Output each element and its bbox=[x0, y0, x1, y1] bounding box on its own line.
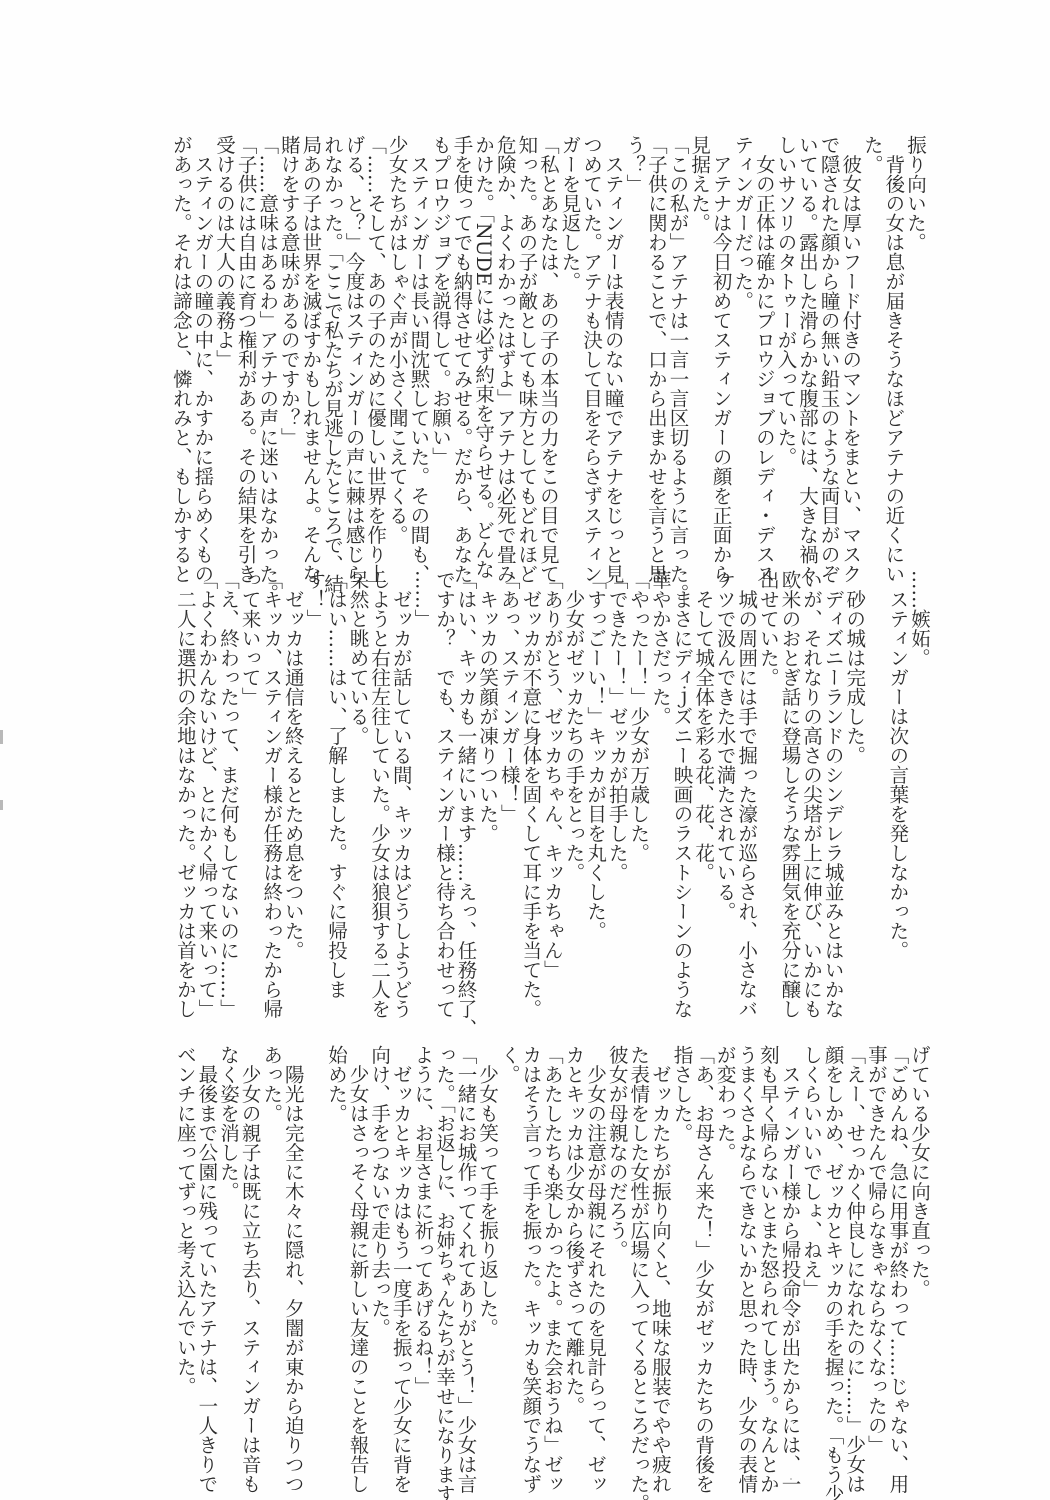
scanned-novel-page: 振り向いた。 背後の女は息が届きそうなほどアテナの近くにいた。 彼女は厚いフード… bbox=[0, 0, 1050, 1500]
scan-speck bbox=[790, 1478, 792, 1480]
text-column: いが、それなりの高さの尖塔が上に伸び、いかにも bbox=[800, 570, 822, 970]
text-column: げている少女に向き直った。 bbox=[908, 1045, 930, 1445]
text-column: 少女の親子は既に立ち去り、スティンガーは音も bbox=[239, 1045, 261, 1445]
text-column: 「やったー！」少女が万歳した。 bbox=[628, 570, 650, 970]
text-column: ゼッカは通信を終えるとため息をついた。 bbox=[282, 570, 304, 970]
text-column: が変わった。 bbox=[714, 1045, 736, 1445]
text-column: カとキッカは少女から後ずさって離れた。 bbox=[563, 1045, 585, 1445]
text-column: 「すっごーい！」キッカが目を丸くした。 bbox=[585, 570, 607, 970]
text-column: 局あの子は世界を滅ぼすかもしれませんよ。そんな bbox=[300, 135, 322, 535]
text-column: 背後の女は息が届きそうなほどアテナの近くにい bbox=[883, 135, 905, 535]
text-column: 「……意味はあるわ」アテナの声に迷いはなかった。 bbox=[257, 135, 279, 535]
text-column bbox=[865, 570, 887, 970]
text-column: 見据えた。 bbox=[688, 135, 710, 535]
text-column: 「ごめんね、急に用事が終わって……じゃない、用 bbox=[887, 1045, 909, 1445]
text-column: 彼女が母親なのだろう。 bbox=[606, 1045, 628, 1445]
text-column: 「あ、お母さん来た！」少女がゼッカたちの背後を bbox=[692, 1045, 714, 1445]
text-column: た表情をした女性が広場に入ってくるところだった。 bbox=[628, 1045, 650, 1445]
text-column: ……嫉妬。 bbox=[908, 570, 930, 970]
text-column: う？」 bbox=[624, 135, 646, 535]
text-column: 二人に選択の余地はなかった。ゼッカは首をかし bbox=[174, 570, 196, 970]
text-column: 危険か、よくわかったはずよ」アテナは必死で畳み bbox=[494, 135, 516, 535]
text-column: しようと右往左往していた。少女は狼狽する二人を bbox=[369, 570, 391, 970]
text-column: 華やかさだった。 bbox=[649, 570, 671, 970]
text-column: があった。それは諦念と、憐れみと、もしかすると bbox=[170, 135, 192, 535]
text-column: 「えー、せっかく仲良しになれたのに……」少女は bbox=[844, 1045, 866, 1445]
text-column: あった。 bbox=[261, 1045, 283, 1445]
text-column: 砂の城は完成した。 bbox=[844, 570, 866, 970]
text-column: 知った。あの子が敵としても味方としてもどれほど bbox=[516, 135, 538, 535]
text-column: 呆然と眺めている。 bbox=[347, 570, 369, 970]
text-column: スティンガーは次の言葉を発しなかった。 bbox=[887, 570, 909, 970]
text-column: 少女はさっそく母親に新しい友達のことを報告し bbox=[347, 1045, 369, 1445]
text-block-middle: ……嫉妬。 スティンガーは次の言葉を発しなかった。 砂の城は完成した。 ディズニ… bbox=[174, 570, 930, 970]
text-column: まさにディｊズニー映画のラストシーンのような bbox=[671, 570, 693, 970]
text-column: 「キッカ、スティンガー様が任務は終わったから帰 bbox=[261, 570, 283, 970]
text-column: 事ができたんで帰らなきゃならなくなったの」 bbox=[865, 1045, 887, 1445]
text-column: しいサソリのタトゥーが入っていた。 bbox=[775, 135, 797, 535]
text-column: 「ありがとう、ゼッカちゃん、キッカちゃん」 bbox=[541, 570, 563, 970]
text-column: れなかった。「ここで私たちが見逃したところで、結 bbox=[321, 135, 343, 535]
text-column: 「子供に関わることで、口から出まかせを言うと思 bbox=[645, 135, 667, 535]
text-column: カはそう言って手を振った。キッカも笑顔でうなず bbox=[520, 1045, 542, 1445]
scan-edge-mark bbox=[0, 800, 3, 810]
text-column: スティンガー様から帰投命令が出たからには、一 bbox=[779, 1045, 801, 1445]
text-column: 「あっ、スティンガー様！」 bbox=[498, 570, 520, 970]
text-column: 「この私が」アテナは一言一言区切るように言った。 bbox=[667, 135, 689, 535]
text-column: 「はい、キッカも一緒にいます……えっ、任務終了、 bbox=[455, 570, 477, 970]
text-column: スティンガーの瞳の中に、かすかに揺らめくもの bbox=[192, 135, 214, 535]
text-column: ティンガーだった。 bbox=[732, 135, 754, 535]
text-column: 「あたしたちも楽しかったよ。また会おうね」ゼッ bbox=[541, 1045, 563, 1445]
text-column: 「私とあなたは、あの子の本当の力をこの目で見て bbox=[537, 135, 559, 535]
text-column: 彼女は厚いフード付きのマントをまとい、マスク bbox=[840, 135, 862, 535]
text-column: ガーを見返した。 bbox=[559, 135, 581, 535]
text-column: なく姿を消した。 bbox=[217, 1045, 239, 1445]
text-column bbox=[304, 1045, 326, 1445]
text-column: 顔をしかめ、ゼッカとキッカの手を握った。「もう少 bbox=[822, 1045, 844, 1445]
text-column: うまくさよならできないかと思った時、少女の表情 bbox=[736, 1045, 758, 1445]
text-column: す！」 bbox=[304, 570, 326, 970]
text-column: もプロウジョブを説得して。お願い」 bbox=[429, 135, 451, 535]
text-column: って来いって」 bbox=[239, 570, 261, 970]
text-column: 刻も早く帰らないとまた怒られてしまう。なんとか bbox=[757, 1045, 779, 1445]
text-column: スティンガーは表情のない瞳でアテナをじっと見 bbox=[602, 135, 624, 535]
text-column: ケツで汲んできた水で満たされている。 bbox=[714, 570, 736, 970]
text-column: た。 bbox=[861, 135, 883, 535]
text-column: 振り向いた。 bbox=[904, 135, 926, 535]
text-column: ベンチに座ってずっと考え込んでいた。 bbox=[174, 1045, 196, 1445]
text-column: 最後まで公園に残っていたアテナは、一人きりで bbox=[196, 1045, 218, 1445]
text-column: ように、お星さまに祈ってあげるね！」 bbox=[412, 1045, 434, 1445]
text-column: そして城全体を彩る花、花、花。 bbox=[692, 570, 714, 970]
text-column: 向け、手をつないで走り去った。 bbox=[369, 1045, 391, 1445]
text-column: 少女たちがはしゃぐ声が小さく聞こえてくる。 bbox=[386, 135, 408, 535]
text-column: 欧米のおとぎ話に登場しそうな雰囲気を充分に醸し bbox=[779, 570, 801, 970]
scan-speck bbox=[826, 318, 828, 320]
text-column: アテナは今日初めてスティンガーの顔を正面から bbox=[710, 135, 732, 535]
text-column: しくらいいいでしょ、ねえ」 bbox=[800, 1045, 822, 1445]
text-column: 出せていた。 bbox=[757, 570, 779, 970]
text-column: った。「お返しに、お姉ちゃんたちが幸せになります bbox=[433, 1045, 455, 1445]
text-column: スティンガーは長い間沈黙していた。その間も、 bbox=[408, 135, 430, 535]
text-block-top: 振り向いた。 背後の女は息が届きそうなほどアテナの近くにいた。 彼女は厚いフード… bbox=[170, 135, 926, 535]
text-column: 「よくわかんないけど、とにかく帰って来いって」 bbox=[196, 570, 218, 970]
text-column: 陽光は完全に木々に隠れ、夕闇が東から迫りつつ bbox=[282, 1045, 304, 1445]
text-column: 少女がゼッカたちの手をとった。 bbox=[563, 570, 585, 970]
text-column: 指さした。 bbox=[671, 1045, 693, 1445]
text-block-bottom: げている少女に向き直った。「ごめんね、急に用事が終わって……じゃない、用事ができ… bbox=[174, 1045, 930, 1445]
text-column: 城の周囲には手で掘った濠が巡らされ、小さなバ bbox=[736, 570, 758, 970]
text-column: ですか？ でも、スティンガー様と待ち合わせって bbox=[433, 570, 455, 970]
scan-edge-mark bbox=[0, 730, 3, 744]
text-column: つめていた。アテナも決して目をそらさずスティン bbox=[581, 135, 603, 535]
text-column: 「子供には自由に育つ権利がある。その結果を引き bbox=[235, 135, 257, 535]
text-column: く。 bbox=[498, 1045, 520, 1445]
text-column: かけた。「NUDEには必ず約束を守らせる。どんな bbox=[473, 135, 495, 535]
text-column: 「え、終わったって、まだ何もしてないのに……」 bbox=[217, 570, 239, 970]
text-column: 少女も笑って手を振り返した。 bbox=[477, 1045, 499, 1445]
text-column: 「はい……はい、了解しました。すぐに帰投しま bbox=[325, 570, 347, 970]
text-column: 賭けをする意味があるのですか？」 bbox=[278, 135, 300, 535]
text-column: 「できたー！」ゼッカが拍手した。 bbox=[606, 570, 628, 970]
text-column: 少女の注意が母親にそれたのを見計らって、ゼッ bbox=[585, 1045, 607, 1445]
text-column: 「一緒にお城作ってくれてありがとう！」少女は言 bbox=[455, 1045, 477, 1445]
text-column: ディズニーランドのシンデレラ城並みとはいかな bbox=[822, 570, 844, 970]
text-column: ……」 bbox=[412, 570, 434, 970]
text-column: げる、と？」今度はスティンガーの声に棘は感じら bbox=[343, 135, 365, 535]
text-column: ゼッカたちが振り向くと、地味な服装でやや疲れ bbox=[649, 1045, 671, 1445]
text-column: 女の正体は確かにプロウジョブのレディ・デスス bbox=[753, 135, 775, 535]
text-column: ゼッカが不意に身体を固くして耳に手を当てた。 bbox=[520, 570, 542, 970]
text-column: キッカの笑顔が凍りついた。 bbox=[477, 570, 499, 970]
text-column: いている。露出した滑らかな腹部には、大きな禍々 bbox=[796, 135, 818, 535]
text-column: 受けるのは大人の義務よ」 bbox=[213, 135, 235, 535]
text-column: 始めた。 bbox=[325, 1045, 347, 1445]
text-column: ゼッカが話している間、キッカはどうしようどう bbox=[390, 570, 412, 970]
text-column: 「……そして、あの子のために優しい世界を作り上 bbox=[365, 135, 387, 535]
text-column: で隠された顔から瞳の無い鉛玉のような両目がのぞ bbox=[818, 135, 840, 535]
text-column: ゼッカとキッカはもう一度手を振って少女に背を bbox=[390, 1045, 412, 1445]
text-column: 手を使ってでも納得させてみせる。だから、あなた bbox=[451, 135, 473, 535]
